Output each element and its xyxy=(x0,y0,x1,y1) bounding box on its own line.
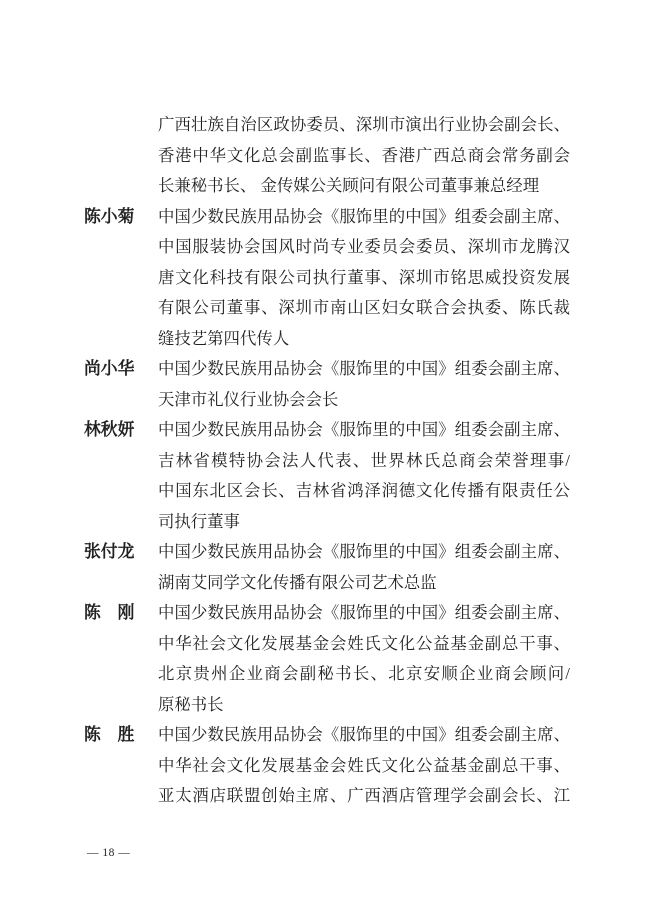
entry-text: 中国少数民族用品协会《服饰里的中国》组委会副主席、 吉林省模特协会法人代表、世界… xyxy=(158,415,570,537)
entry-line: 唐文化科技有限公司执行董事、深圳市铭思威投资发展 xyxy=(158,263,570,294)
person-name: 尚小华 xyxy=(84,354,137,415)
roster-entry: 陈 刚 中国少数民族用品协会《服饰里的中国》组委会副主席、 中华社会文化发展基金… xyxy=(84,598,570,720)
entry-text: 中国少数民族用品协会《服饰里的中国》组委会副主席、 中华社会文化发展基金会姓氏文… xyxy=(158,598,570,720)
roster-entry: 林秋妍 中国少数民族用品协会《服饰里的中国》组委会副主席、 吉林省模特协会法人代… xyxy=(84,415,570,537)
entry-line: 中国少数民族用品协会《服饰里的中国》组委会副主席、 xyxy=(158,202,570,233)
entry-line: 吉林省模特协会法人代表、世界林氏总商会荣誉理事/ xyxy=(158,446,570,477)
entry-line: 天津市礼仪行业协会会长 xyxy=(158,385,570,416)
person-name xyxy=(84,110,137,202)
entry-line: 亚太酒店联盟创始主席、广西酒店管理学会副会长、江 xyxy=(158,781,570,812)
page-number: — 18 — xyxy=(87,846,130,860)
roster-entry: 张付龙 中国少数民族用品协会《服饰里的中国》组委会副主席、 湖南艾同学文化传播有… xyxy=(84,537,570,598)
entry-line: 缝技艺第四代传人 xyxy=(158,324,570,355)
entry-line: 中国少数民族用品协会《服饰里的中国》组委会副主席、 xyxy=(158,354,570,385)
person-name: 陈 刚 xyxy=(84,598,137,720)
entry-line: 香港中华文化总会副监事长、香港广西总商会常务副会 xyxy=(158,141,570,172)
roster-entry: 尚小华 中国少数民族用品协会《服饰里的中国》组委会副主席、 天津市礼仪行业协会会… xyxy=(84,354,570,415)
entry-line: 司执行董事 xyxy=(158,507,570,538)
entry-line: 长兼秘书长、 金传媒公关顾问有限公司董事兼总经理 xyxy=(158,171,570,202)
entry-line: 湖南艾同学文化传播有限公司艺术总监 xyxy=(158,568,570,599)
entry-line: 中国少数民族用品协会《服饰里的中国》组委会副主席、 xyxy=(158,720,570,751)
entry-line: 中国少数民族用品协会《服饰里的中国》组委会副主席、 xyxy=(158,415,570,446)
entry-line: 中国少数民族用品协会《服饰里的中国》组委会副主席、 xyxy=(158,598,570,629)
entry-text: 中国少数民族用品协会《服饰里的中国》组委会副主席、 中华社会文化发展基金会姓氏文… xyxy=(158,720,570,812)
entry-text: 中国少数民族用品协会《服饰里的中国》组委会副主席、 湖南艾同学文化传播有限公司艺… xyxy=(158,537,570,598)
roster-entry: 陈小菊 中国少数民族用品协会《服饰里的中国》组委会副主席、 中国服装协会国风时尚… xyxy=(84,202,570,355)
person-name: 陈小菊 xyxy=(84,202,137,355)
person-name: 张付龙 xyxy=(84,537,137,598)
entry-line: 中国少数民族用品协会《服饰里的中国》组委会副主席、 xyxy=(158,537,570,568)
roster-entry: 广西壮族自治区政协委员、深圳市演出行业协会副会长、 香港中华文化总会副监事长、香… xyxy=(84,110,570,202)
entry-line: 广西壮族自治区政协委员、深圳市演出行业协会副会长、 xyxy=(158,110,570,141)
entry-text: 中国少数民族用品协会《服饰里的中国》组委会副主席、 中国服装协会国风时尚专业委员… xyxy=(158,202,570,355)
roster-entry: 陈 胜 中国少数民族用品协会《服饰里的中国》组委会副主席、 中华社会文化发展基金… xyxy=(84,720,570,812)
document-page: 广西壮族自治区政协委员、深圳市演出行业协会副会长、 香港中华文化总会副监事长、香… xyxy=(0,0,650,919)
entry-line: 中国服装协会国风时尚专业委员会委员、深圳市龙腾汉 xyxy=(158,232,570,263)
person-name: 陈 胜 xyxy=(84,720,137,812)
entry-line: 原秘书长 xyxy=(158,690,570,721)
entry-line: 中国东北区会长、吉林省鸿泽润德文化传播有限责任公 xyxy=(158,476,570,507)
entry-line: 北京贵州企业商会副秘书长、北京安顺企业商会顾问/ xyxy=(158,659,570,690)
person-name: 林秋妍 xyxy=(84,415,137,537)
entry-line: 中华社会文化发展基金会姓氏文化公益基金副总干事、 xyxy=(158,629,570,660)
entry-line: 有限公司董事、深圳市南山区妇女联合会执委、陈氏裁 xyxy=(158,293,570,324)
entry-text: 中国少数民族用品协会《服饰里的中国》组委会副主席、 天津市礼仪行业协会会长 xyxy=(158,354,570,415)
entry-text: 广西壮族自治区政协委员、深圳市演出行业协会副会长、 香港中华文化总会副监事长、香… xyxy=(158,110,570,202)
roster-list: 广西壮族自治区政协委员、深圳市演出行业协会副会长、 香港中华文化总会副监事长、香… xyxy=(84,110,570,812)
entry-line: 中华社会文化发展基金会姓氏文化公益基金副总干事、 xyxy=(158,751,570,782)
